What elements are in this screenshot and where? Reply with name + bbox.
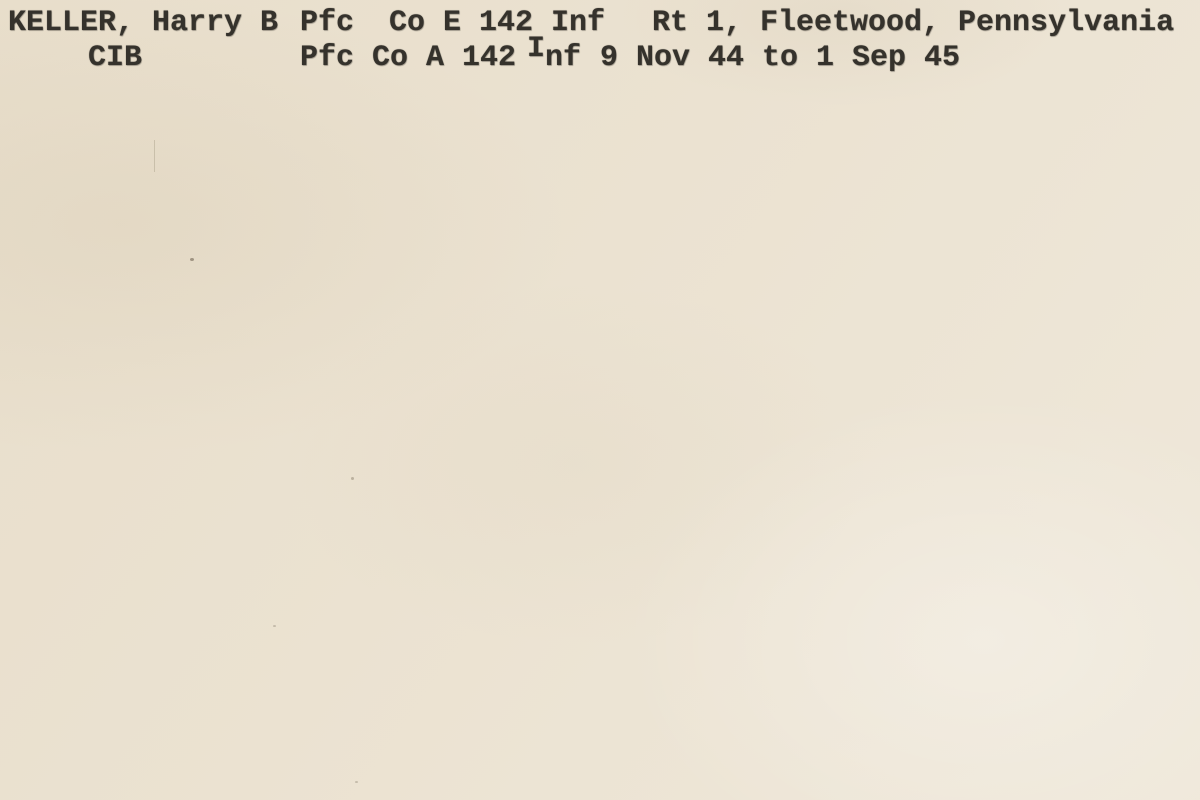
second-rank-unit-field: Pfc Co A 142 <box>300 41 516 75</box>
award-field: CIB <box>88 41 142 75</box>
address-field: Rt 1, Fleetwood, Pennsylvania <box>652 6 1174 40</box>
inf-word: Inf <box>527 41 581 75</box>
rank-field: Pfc <box>300 6 354 40</box>
index-card: KELLER, Harry B Pfc Co E 142 Inf Rt 1, F… <box>0 0 1200 800</box>
paper-speck <box>351 477 354 480</box>
unit-field: Co E 142 Inf <box>389 6 605 40</box>
raised-letter-i: I <box>527 32 545 66</box>
service-dates-field: 9 Nov 44 to 1 Sep 45 <box>600 41 960 75</box>
paper-speck <box>190 258 194 261</box>
paper-speck <box>355 781 358 783</box>
soldier-name: KELLER, Harry B <box>8 6 278 40</box>
paper-fiber <box>154 140 155 172</box>
paper-speck <box>273 625 276 627</box>
inf-word-rest: nf <box>545 41 581 75</box>
